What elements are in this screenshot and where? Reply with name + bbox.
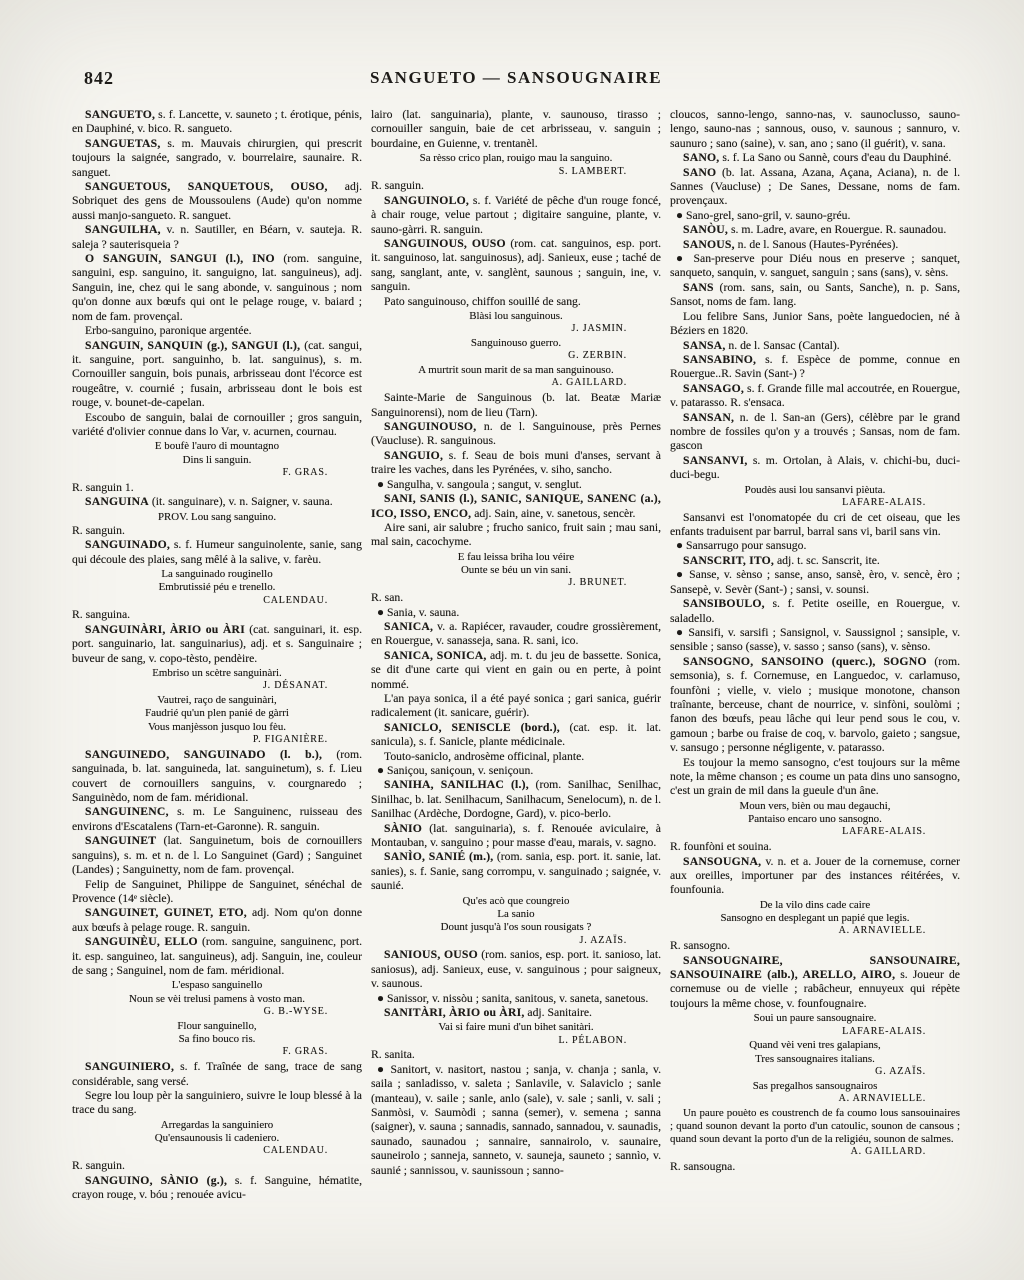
author-signature: LAFARE-ALAIS. [670,497,960,510]
headword: SANIOUS, OUSO [384,948,478,961]
headword: SANS [683,281,714,294]
headword: SANGUINIERO, [85,1060,174,1073]
verse-quote: De la vilo dins cade caire Sansogno en d… [670,899,960,926]
dict-entry: SANSANVI, s. m. Ortolan, à Alais, v. chi… [670,454,960,483]
dict-entry: SANSOUGNA, v. n. et a. Jouer de la corne… [670,855,960,898]
verse-quote: Blàsi lou sanguinous. [371,310,661,323]
dict-entry: SANGUETOUS, SANQUETOUS, OUSO, adj. Sobri… [72,180,362,223]
cross-reference-item: ● Sano-grel, sano-gril, v. sauno-gréu. [670,209,960,223]
dict-entry: SANIHA, SANILHAC (l.), (rom. Sanilhac, S… [371,778,661,821]
verse-quote: Sanguinouso guerro. [371,337,661,350]
verse-quote: Quand vèi veni tres galapians, Tres sans… [670,1039,960,1066]
page-header: 842 SANGUETO — SANSOUGNAIRE [72,68,960,94]
cross-reference-item: ● Sanitort, v. nasitort, nastou ; sanja,… [371,1063,661,1178]
dict-entry: SANICA, SONICA, adj. m. t. du jeu de bas… [371,649,661,692]
root-reference: R. sansogno. [670,939,960,953]
author-signature: P. FIGANIÈRE. [72,734,362,747]
dict-entry: SANS (rom. sans, sain, ou Sants, Sanche)… [670,281,960,310]
cross-reference-item: ● San-preserve pour Diéu nous en preserv… [670,252,960,281]
dict-entry: SÀNIO (lat. sanguinaria), s. f. Renouée … [371,822,661,851]
author-signature: J. DÉSANAT. [72,680,362,693]
cross-reference-item: ● Sansarrugo pour sansugo. [670,539,960,553]
paragraph: Erbo-sanguino, paronique argentée. [72,324,362,338]
verse-quote: Moun vers, bièn ou mau degauchi, Pantais… [670,800,960,827]
headword: SANOUS, [683,238,735,251]
dict-entry: SANSA, n. de l. Sansac (Cantal). [670,339,960,353]
paragraph: Aire sani, air salubre ; frucho sanico, … [371,521,661,550]
dict-entry: SANSABINO, s. f. Espèce de pomme, connue… [670,353,960,382]
dict-entry: SANGUINIERO, s. f. Traînée de sang, trac… [72,1060,362,1089]
cross-reference-item: ● Sansifi, v. sarsifi ; Sansignol, v. Sa… [670,626,960,655]
dict-entry: SANGUIO, s. f. Seau de bois muni d'anses… [371,449,661,478]
headword: SANSABINO, [683,353,756,366]
verse-quote: L'espaso sanguinello Noun se vèi trelusi… [72,979,362,1006]
headword: SANI, SANIS (l.), SANIC, SANIQUE, SANENC… [371,492,661,519]
dict-entry: SANOUS, n. de l. Sanous (Hautes-Pyrénées… [670,238,960,252]
author-signature: G. B.-WYSE. [72,1006,362,1019]
continued-paragraph: lairo (lat. sanguinaria), plante, v. sau… [371,108,661,151]
paragraph: Felip de Sanguinet, Philippe de Sanguine… [72,878,362,907]
paragraph: Lou felibre Sans, Junior Sans, poète lan… [670,310,960,339]
paragraph: L'an paya sonica, il a été payé sonica ;… [371,692,661,721]
verse-quote: Vautrei, raço de sanguinàri, Faudrié qu'… [72,694,362,734]
dict-entry: SANSAGO, s. f. Grande fille mal accoutré… [670,382,960,411]
continued-paragraph: cloucos, sanno-lengo, sanno-nas, v. saun… [670,108,960,151]
headword: SANIHA, SANILHAC (l.), [384,778,529,791]
dict-entry: SANÌO, SANIÉ (m.), (rom. sania, esp. por… [371,850,661,893]
root-reference: R. sanguin. [72,524,362,538]
verse-quote: Arregardas la sanguiniero Qu'ensaunousis… [72,1119,362,1146]
paragraph: Segre lou loup pèr la sanguiniero, suivr… [72,1089,362,1118]
verse-quote: Sa rèsso crico plan, rouigo mau la sangu… [371,152,661,165]
headword: SANGUINA [85,495,149,508]
headword: SANITÀRI, ÀRIO ou ÀRI, [384,1006,524,1019]
author-signature: LAFARE-ALAIS. [670,826,960,839]
author-signature: CALENDAU. [72,1145,362,1158]
headword: SANGUINÀRI, ÀRIO ou ÀRI [85,623,245,636]
headword: SANÒU, [683,223,728,236]
dict-entry: SANITÀRI, ÀRIO ou ÀRI, adj. Sanitaire. [371,1006,661,1020]
headword: SANSA, [683,339,725,352]
headword: SANO, [683,151,719,164]
headword: SANGUINEDO, SANGUINADO (l. b.), [85,748,322,761]
headword: SANGUINOUS, OUSO [384,237,506,250]
author-signature: F. GRAS. [72,467,362,480]
dict-entry: SANGUINOUS, OUSO (rom. cat. sanguinos, e… [371,237,661,295]
cross-reference-item: ● Sangulha, v. sangoula ; sangut, v. sen… [371,478,661,492]
root-reference: R. san. [371,591,661,605]
dictionary-column-1: SANGUETO, s. f. Lancette, v. sauneto ; t… [72,108,362,1200]
root-reference: R. sanguina. [72,608,362,622]
dict-entry: SANÒU, s. m. Ladre, avare, en Rouergue. … [670,223,960,237]
author-signature: A. ARNAVIELLE. [670,1093,960,1106]
dict-entry: SANGUINÀRI, ÀRIO ou ÀRI (cat. sanguinari… [72,623,362,666]
dict-entry: O SANGUIN, SANGUI (l.), INO (rom. sangui… [72,252,362,324]
root-reference: R. founfòni et souina. [670,840,960,854]
dict-entry: SANSCRIT, ITO, adj. t. sc. Sanscrit, ite… [670,554,960,568]
dict-entry: SANGUINADO, s. f. Humeur sanguinolente, … [72,538,362,567]
headword: SANGUINO, SÀNIO (g.), [85,1174,227,1187]
dict-entry: SANGUINA (it. sanguinare), v. n. Saigner… [72,495,362,509]
dict-entry: SANGUINENC, s. m. Le Sanguinenc, ruissea… [72,805,362,834]
headword: SANGUILHA, [85,223,161,236]
root-reference: R. sansougna. [670,1160,960,1174]
headword: SANSOUGNA, [683,855,761,868]
dict-entry: SANICA, v. a. Rapiécer, ravauder, coudre… [371,620,661,649]
cross-reference-item: ● Saniçou, saniçoun, v. seniçoun. [371,764,661,778]
dict-entry: SANGUINEDO, SANGUINADO (l. b.), (rom. sa… [72,748,362,806]
author-signature: G. AZAÏS. [670,1066,960,1079]
headword: SANICA, SONICA, [384,649,487,662]
paragraph: Escoubo de sanguin, balai de cornouiller… [72,411,362,440]
root-reference: R. sanguin. [371,179,661,193]
headword: SÀNIO [384,822,422,835]
headword: SANGUIN, SANQUIN (g.), SANGUI (l.), [85,339,300,352]
author-signature: S. LAMBERT. [371,166,661,179]
author-signature: A. GAILLARD. [670,1146,960,1159]
dict-entry: SANGUINO, SÀNIO (g.), s. f. Sanguine, hé… [72,1174,362,1200]
cross-reference-item: ● Sanse, v. sènso ; sanse, anso, sansè, … [670,568,960,597]
root-reference: R. sanita. [371,1048,661,1062]
verse-quote: Embriso un scètre sanguinàri. [72,667,362,680]
headword: SANGUIO, [384,449,443,462]
headword: SANGUINOLO, [384,194,469,207]
verse-quote: E boufè l'auro di mountagno Dins li sang… [72,440,362,467]
author-signature: J. JASMIN. [371,323,661,336]
author-signature: L. PÉLABON. [371,1035,661,1048]
dict-entry: SANICLO, SENISCLE (bord.), (cat. esp. it… [371,721,661,750]
headword: SANSOUGNAIRE, SANSOUNAIRE, SANSOUINAIRE … [670,954,960,981]
paragraph: Sansanvi est l'onomatopée du cri de cet … [670,511,960,540]
dict-entry: SANGUILHA, v. n. Sautiller, en Béarn, v.… [72,223,362,252]
cross-reference-item: ● Sanissor, v. nissòu ; sanita, sanitous… [371,992,661,1006]
dict-entry: SANSOGNO, SANSOINO (querc.), SOGNO (rom.… [670,655,960,756]
headword: SANICA, [384,620,433,633]
page-title: SANGUETO — SANSOUGNAIRE [72,68,960,88]
headword: SANSAN, [683,411,734,424]
headword: SANGUETAS, [85,137,161,150]
headword: SANGUETOUS, SANQUETOUS, OUSO, [85,180,328,193]
verse-quote: A murtrit soun marit de sa man sanguinou… [371,364,661,377]
headword: SANGUETO, [85,108,155,121]
dict-entry: SANGUINET, GUINET, ETO, adj. Nom qu'on d… [72,906,362,935]
headword: SANGUINOUSO, [384,420,476,433]
author-signature: CALENDAU. [72,595,362,608]
paragraph: Es toujour la memo sansogno, c'est toujo… [670,756,960,799]
root-reference: R. sanguin 1. [72,481,362,495]
verse-quote: Sas pregalhos sansougnairos [670,1080,960,1093]
headword: SANGUINADO, [85,538,170,551]
dict-entry: SANGUIN, SANQUIN (g.), SANGUI (l.), (cat… [72,339,362,411]
author-signature: G. ZERBIN. [371,350,661,363]
dict-entry: SANGUETAS, s. m. Mauvais chirurgien, qui… [72,137,362,180]
headword: SANSOGNO, SANSOINO (querc.), SOGNO [683,655,927,668]
paragraph: Pato sanguinouso, chiffon souillé de san… [371,295,661,309]
headword: SANICLO, SENISCLE (bord.), [384,721,560,734]
verse-quote: Soui un paure sansougnaire. [670,1012,960,1025]
dict-entry: SANO (b. lat. Assana, Azana, Açana, Acia… [670,166,960,209]
citation-paragraph: Un paure pouèto es coustrench de fa coum… [670,1107,960,1147]
headword: SANGUINÈU, ELLO [85,935,198,948]
dict-entry: SANSIBOULO, s. f. Petite oseille, en Rou… [670,597,960,626]
dict-entry: SANGUINOUSO, n. de l. Sanguinouse, près … [371,420,661,449]
headword: SANÌO, SANIÉ (m.), [384,850,493,863]
author-signature: F. GRAS. [72,1046,362,1059]
verse-quote: Poudès ausi lou sansanvi pièuta. [670,484,960,497]
verse-quote: PROV. Lou sang sanguino. [72,511,362,524]
dict-entry: SANSOUGNAIRE, SANSOUNAIRE, SANSOUINAIRE … [670,954,960,1012]
headword: SANSIBOULO, [683,597,765,610]
headword: SANSAGO, [683,382,744,395]
dict-entry: SANSAN, n. de l. San-an (Gers), célèbre … [670,411,960,454]
paragraph: Touto-saniclo, androsème officinal, plan… [371,750,661,764]
headword: SANSANVI, [683,454,747,467]
verse-quote: La sanguinado rouginello Embrutissié péu… [72,568,362,595]
author-signature: J. BRUNET. [371,577,661,590]
dict-entry: SANI, SANIS (l.), SANIC, SANIQUE, SANENC… [371,492,661,521]
verse-quote: Flour sanguinello, Sa fino bouco ris. [72,1020,362,1047]
dict-entry: SANGUETO, s. f. Lancette, v. sauneto ; t… [72,108,362,137]
author-signature: LAFARE-ALAIS. [670,1026,960,1039]
headword: SANO [683,166,716,179]
scanned-dictionary-page: { "page": { "number": "842", "title": "S… [0,0,1024,1280]
headword: SANGUINENC, [85,805,169,818]
author-signature: A. GAILLARD. [371,377,661,390]
cross-reference-item: ● Sania, v. sauna. [371,606,661,620]
dictionary-column-3: cloucos, sanno-lengo, sanno-nas, v. saun… [670,108,960,1200]
root-reference: R. sanguin. [72,1159,362,1173]
headword: SANGUINET [85,834,156,847]
dict-entry: SANO, s. f. La Sano ou Sannè, cours d'ea… [670,151,960,165]
author-signature: A. ARNAVIELLE. [670,925,960,938]
dict-entry: SANGUINÈU, ELLO (rom. sanguine, sanguine… [72,935,362,978]
headword: O SANGUIN, SANGUI (l.), INO [85,252,275,265]
verse-quote: Vai si faire muni d'un bihet sanitàri. [371,1021,661,1034]
headword: SANGUINET, GUINET, ETO, [85,906,247,919]
dict-entry: SANIOUS, OUSO (rom. sanios, esp. port. i… [371,948,661,991]
verse-quote: E fau leissa briha lou véire Ounte se bé… [371,551,661,578]
verse-quote: Qu'es acò que coungreio La sanio Dount j… [371,895,661,935]
dictionary-columns: SANGUETO, s. f. Lancette, v. sauneto ; t… [72,108,960,1200]
paragraph: Sainte-Marie de Sanguinous (b. lat. Beat… [371,391,661,420]
dictionary-column-2: lairo (lat. sanguinaria), plante, v. sau… [371,108,661,1200]
author-signature: J. AZAÏS. [371,935,661,948]
dict-entry: SANGUINET (lat. Sanguinetum, bois de cor… [72,834,362,877]
dict-entry: SANGUINOLO, s. f. Variété de pêche d'un … [371,194,661,237]
headword: SANSCRIT, ITO, [683,554,774,567]
